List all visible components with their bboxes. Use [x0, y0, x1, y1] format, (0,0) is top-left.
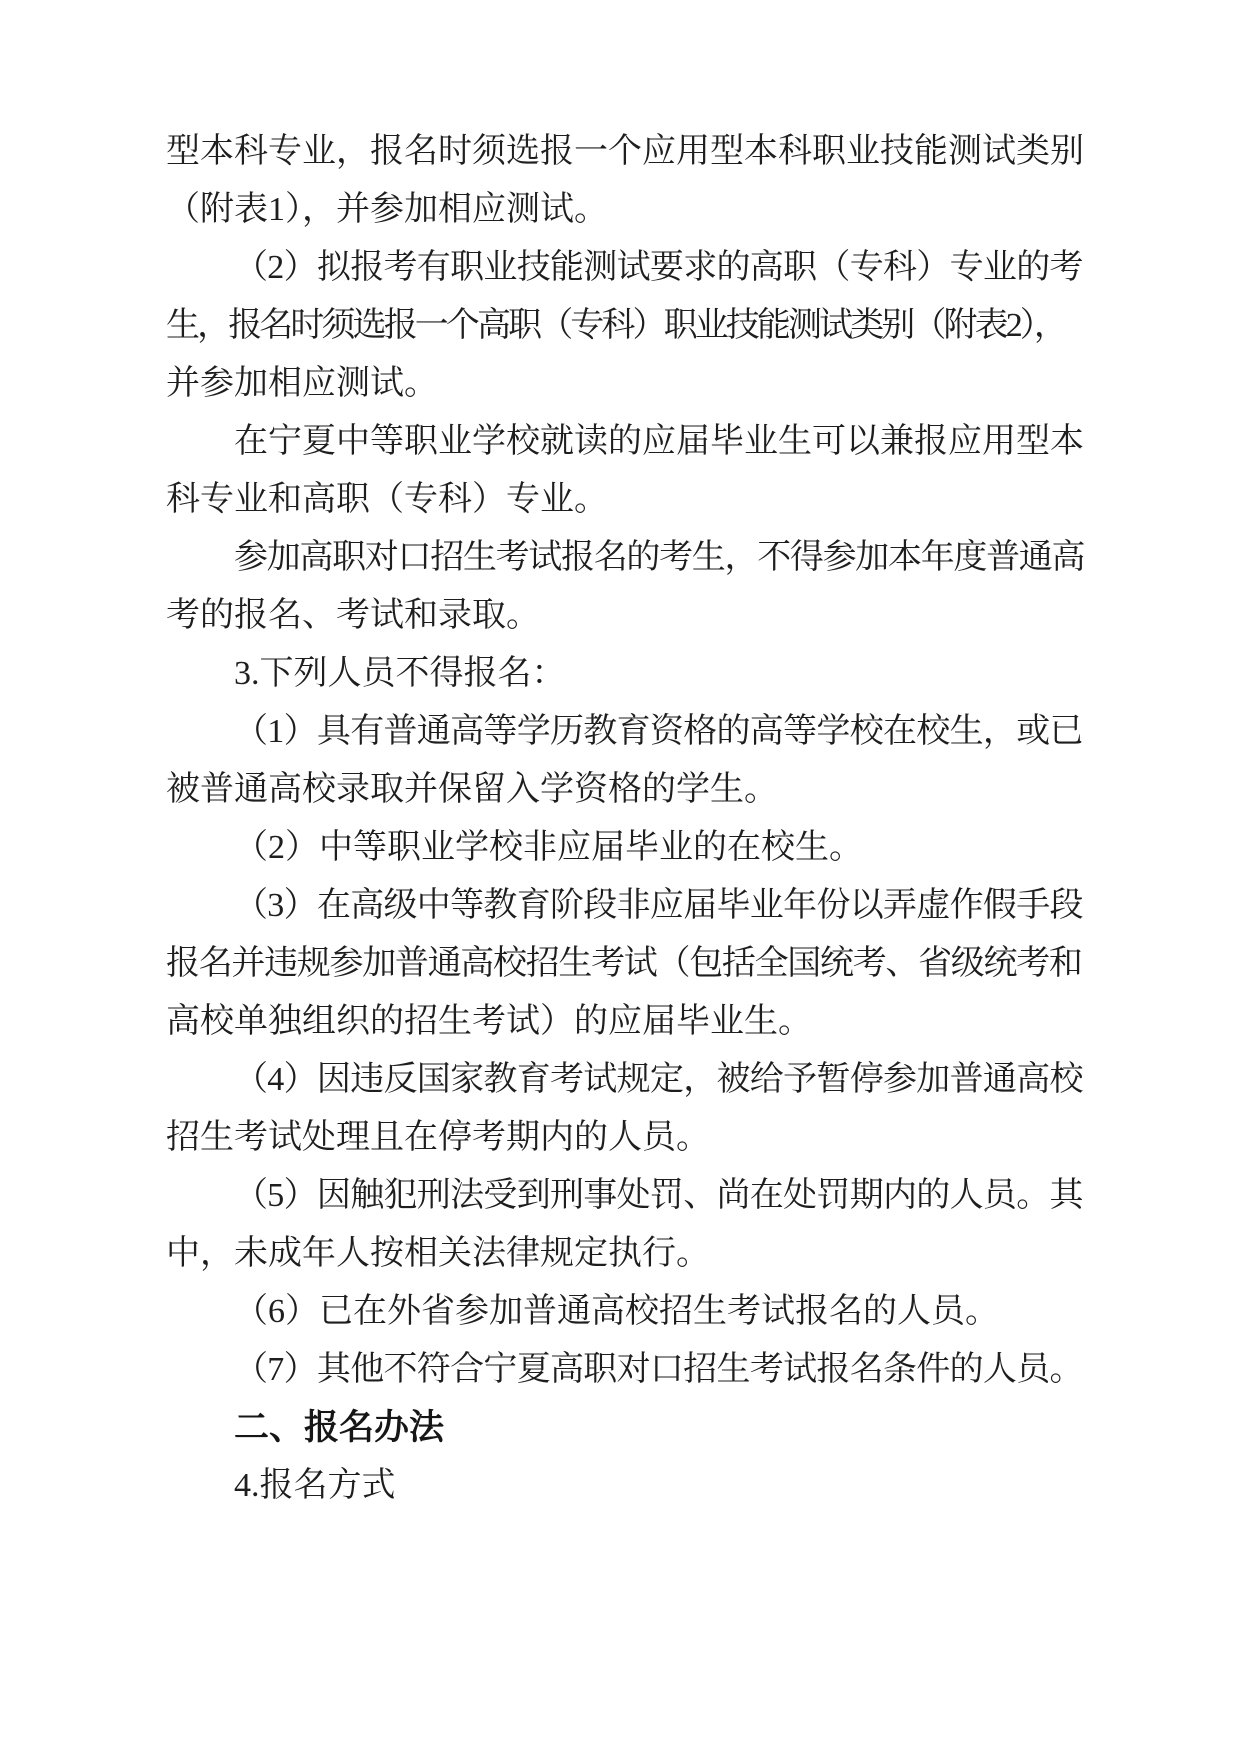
text-line: 并参加相应测试。 [166, 355, 1084, 413]
text-line: 被普通高校录取并保留入学资格的学生。 [166, 761, 1084, 819]
text-line: （6）已在外省参加普通高校招生考试报名的人员。 [166, 1283, 1084, 1341]
text-line: 中，未成年人按相关法律规定执行。 [166, 1225, 1084, 1283]
text-line: （3）在高级中等教育阶段非应届毕业年份以弄虚作假手段 [166, 877, 1084, 935]
paragraph: 参加高职对口招生考试报名的考生，不得参加本年度普通高考的报名、考试和录取。 [166, 529, 1084, 645]
text-line: （7）其他不符合宁夏高职对口招生考试报名条件的人员。 [166, 1341, 1084, 1399]
paragraph: 在宁夏中等职业学校就读的应届毕业生可以兼报应用型本科专业和高职（专科）专业。 [166, 413, 1084, 529]
text-line: 招生考试处理且在停考期内的人员。 [166, 1109, 1084, 1167]
paragraph: （4）因违反国家教育考试规定，被给予暂停参加普通高校招生考试处理且在停考期内的人… [166, 1051, 1084, 1167]
text-line: 考的报名、考试和录取。 [166, 587, 1084, 645]
text-line: （附表1），并参加相应测试。 [166, 181, 1084, 239]
text-line: 科专业和高职（专科）专业。 [166, 471, 1084, 529]
text-line: 型本科专业，报名时须选报一个应用型本科职业技能测试类别 [166, 123, 1084, 181]
text-line: （2）中等职业学校非应届毕业的在校生。 [166, 819, 1084, 877]
text-line: 生，报名时须选报一个高职（专科）职业技能测试类别（附表2）， [166, 297, 1084, 355]
document-text-block: 型本科专业，报名时须选报一个应用型本科职业技能测试类别（附表1），并参加相应测试… [166, 123, 1084, 1515]
text-line: 二、报名办法 [166, 1399, 1084, 1457]
text-line: 高校单独组织的招生考试）的应届毕业生。 [166, 993, 1084, 1051]
section-heading: 二、报名办法 [166, 1399, 1084, 1457]
paragraph: （5）因触犯刑法受到刑事处罚、尚在处罚期内的人员。其中，未成年人按相关法律规定执… [166, 1167, 1084, 1283]
paragraph: 型本科专业，报名时须选报一个应用型本科职业技能测试类别（附表1），并参加相应测试… [166, 123, 1084, 239]
text-line: （1）具有普通高等学历教育资格的高等学校在校生，或已 [166, 703, 1084, 761]
paragraph: （2）中等职业学校非应届毕业的在校生。 [166, 819, 1084, 877]
paragraph: （2）拟报考有职业技能测试要求的高职（专科）专业的考生，报名时须选报一个高职（专… [166, 239, 1084, 413]
paragraph: （7）其他不符合宁夏高职对口招生考试报名条件的人员。 [166, 1341, 1084, 1399]
paragraph: （6）已在外省参加普通高校招生考试报名的人员。 [166, 1283, 1084, 1341]
paragraph: （3）在高级中等教育阶段非应届毕业年份以弄虚作假手段报名并违规参加普通高校招生考… [166, 877, 1084, 1051]
text-line: 3.下列人员不得报名： [166, 645, 1084, 703]
text-line: 4.报名方式 [166, 1457, 1084, 1515]
numbered-heading: 4.报名方式 [166, 1457, 1084, 1515]
text-line: （4）因违反国家教育考试规定，被给予暂停参加普通高校 [166, 1051, 1084, 1109]
text-line: 参加高职对口招生考试报名的考生，不得参加本年度普通高 [166, 529, 1084, 587]
text-line: 在宁夏中等职业学校就读的应届毕业生可以兼报应用型本 [166, 413, 1084, 471]
paragraph: （1）具有普通高等学历教育资格的高等学校在校生，或已被普通高校录取并保留入学资格… [166, 703, 1084, 819]
numbered-heading: 3.下列人员不得报名： [166, 645, 1084, 703]
document-page: 型本科专业，报名时须选报一个应用型本科职业技能测试类别（附表1），并参加相应测试… [0, 0, 1240, 1753]
text-line: （5）因触犯刑法受到刑事处罚、尚在处罚期内的人员。其 [166, 1167, 1084, 1225]
text-line: 报名并违规参加普通高校招生考试（包括全国统考、省级统考和 [166, 935, 1084, 993]
text-line: （2）拟报考有职业技能测试要求的高职（专科）专业的考 [166, 239, 1084, 297]
